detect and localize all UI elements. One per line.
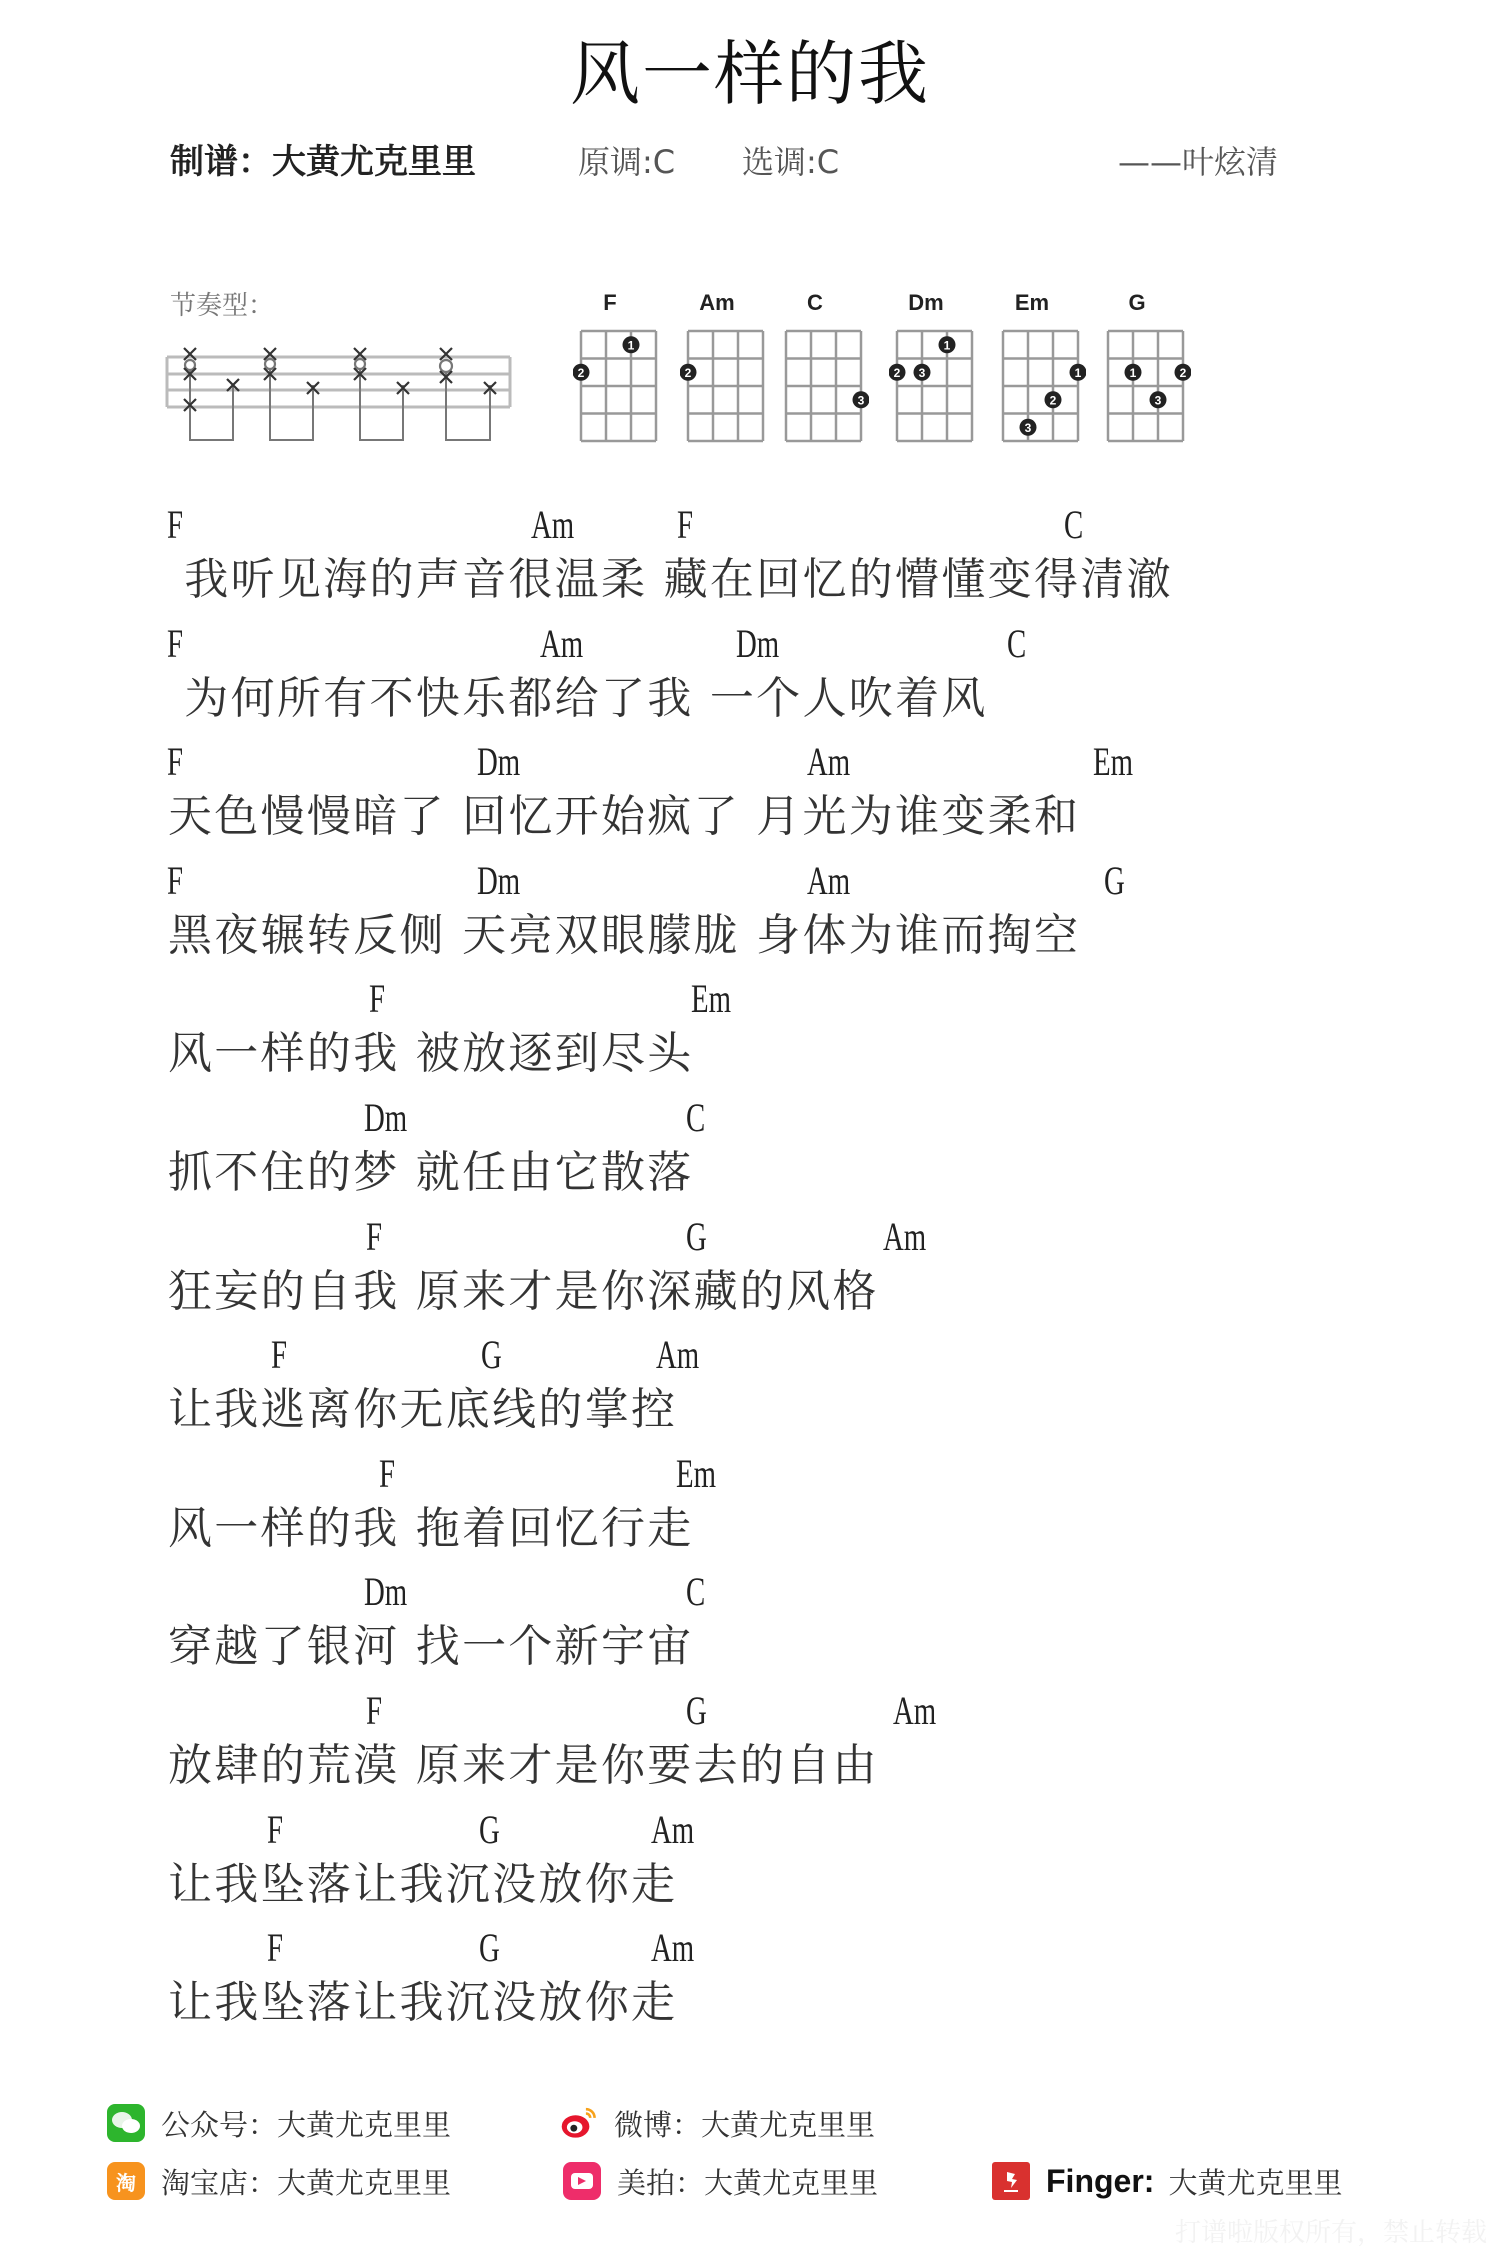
chord-label: G bbox=[1104, 859, 1125, 903]
lyric-line: 放肆的荒漠 原来才是你要去的自由 bbox=[168, 1739, 879, 1793]
chord-label: Am bbox=[651, 1926, 694, 1970]
chord-diagram-c: C3 bbox=[770, 292, 860, 442]
finger-account: 大黄尤克里里 bbox=[1168, 2161, 1342, 2202]
chord-diagram-name: Dm bbox=[881, 290, 971, 316]
svg-text:2: 2 bbox=[1050, 393, 1057, 407]
chord-diagram-name: Em bbox=[987, 290, 1077, 316]
chord-label: G bbox=[481, 1333, 502, 1377]
chord-label: Dm bbox=[364, 1096, 407, 1140]
chord-label: F bbox=[267, 1926, 283, 1970]
chord-diagram-g: G123 bbox=[1092, 292, 1182, 442]
chord-label: F bbox=[167, 859, 183, 903]
lyric-line: 风一样的我 拖着回忆行走 bbox=[168, 1502, 694, 1556]
finger-label: Finger: bbox=[1046, 2163, 1154, 2200]
svg-text:1: 1 bbox=[944, 338, 951, 352]
meipai-account: 美拍：大黄尤克里里 bbox=[617, 2161, 878, 2202]
chord-label: Am bbox=[807, 740, 850, 784]
chord-label: F bbox=[677, 503, 693, 547]
chord-label: F bbox=[271, 1333, 287, 1377]
chord-label: F bbox=[366, 1689, 382, 1733]
lyric-line: 让我逃离你无底线的掌控 bbox=[168, 1383, 677, 1437]
svg-text:2: 2 bbox=[1180, 366, 1187, 380]
finger-icon bbox=[992, 2162, 1030, 2200]
weibo-icon bbox=[560, 2104, 598, 2142]
chord-label: F bbox=[369, 977, 385, 1021]
lyric-line: 风一样的我 被放逐到尽头 bbox=[168, 1027, 694, 1081]
svg-text:1: 1 bbox=[1130, 366, 1137, 380]
wechat-account: 公众号：大黄尤克里里 bbox=[161, 2103, 451, 2144]
chord-diagram-name: C bbox=[770, 290, 860, 316]
lyric-line: 我听见海的声音很温柔 藏在回忆的懵懂变得清澈 bbox=[168, 553, 1173, 607]
chord-diagram-dm: Dm123 bbox=[881, 292, 971, 442]
song-title: 风一样的我 bbox=[0, 34, 1500, 114]
wechat-icon bbox=[107, 2104, 145, 2142]
lyric-line: 抓不住的梦 就任由它散落 bbox=[168, 1146, 694, 1200]
svg-text:2: 2 bbox=[894, 366, 901, 380]
chord-label: G bbox=[479, 1926, 500, 1970]
footer-meipai: 美拍：大黄尤克里里 bbox=[563, 2160, 878, 2202]
chord-label: Dm bbox=[364, 1570, 407, 1614]
lyric-line: 狂妄的自我 原来才是你深藏的风格 bbox=[168, 1265, 879, 1319]
svg-text:2: 2 bbox=[578, 366, 585, 380]
lyric-line: 穿越了银河 找一个新宇宙 bbox=[168, 1620, 694, 1674]
lyric-line: 为何所有不快乐都给了我 一个人吹着风 bbox=[168, 672, 988, 726]
lyric-line: 天色慢慢暗了 回忆开始疯了 月光为谁变柔和 bbox=[168, 790, 1080, 844]
chord-label: Em bbox=[1093, 740, 1133, 784]
rhythm-label: 节奏型： bbox=[170, 285, 274, 322]
lyric-line: 让我坠落让我沉没放你走 bbox=[168, 1858, 677, 1912]
taobao-account: 淘宝店：大黄尤克里里 bbox=[161, 2161, 451, 2202]
lyric-line: 让我坠落让我沉没放你走 bbox=[168, 1976, 677, 2030]
chord-label: F bbox=[167, 503, 183, 547]
taobao-icon: 淘 bbox=[107, 2162, 145, 2200]
chord-label: Am bbox=[807, 859, 850, 903]
chord-diagram-name: F bbox=[565, 290, 655, 316]
chord-diagram-name: Am bbox=[672, 290, 762, 316]
chord-label: Em bbox=[691, 977, 731, 1021]
chord-label: C bbox=[1064, 503, 1083, 547]
svg-text:2: 2 bbox=[685, 366, 692, 380]
chord-label: Am bbox=[531, 503, 574, 547]
weibo-account: 微博：大黄尤克里里 bbox=[614, 2103, 875, 2144]
chord-label: Am bbox=[651, 1808, 694, 1852]
chord-diagram-em: Em123 bbox=[987, 292, 1077, 442]
chord-label: F bbox=[167, 740, 183, 784]
chord-label: Dm bbox=[477, 859, 520, 903]
footer-taobao: 淘 淘宝店：大黄尤克里里 bbox=[107, 2160, 451, 2202]
chord-label: Am bbox=[883, 1215, 926, 1259]
chord-label: F bbox=[167, 622, 183, 666]
chord-label: Em bbox=[676, 1452, 716, 1496]
chord-label: Dm bbox=[736, 622, 779, 666]
footer-weibo: 微博：大黄尤克里里 bbox=[560, 2102, 875, 2144]
chord-label: Am bbox=[893, 1689, 936, 1733]
svg-text:3: 3 bbox=[858, 393, 865, 407]
chord-label: Am bbox=[656, 1333, 699, 1377]
artist-name: ——叶炫清 bbox=[1118, 140, 1278, 184]
strum-pattern-icon bbox=[160, 335, 520, 450]
svg-text:3: 3 bbox=[1025, 421, 1032, 435]
svg-text:3: 3 bbox=[1155, 393, 1162, 407]
svg-text:1: 1 bbox=[1075, 366, 1082, 380]
chord-diagram-name: G bbox=[1092, 290, 1182, 316]
chord-label: C bbox=[1007, 622, 1026, 666]
original-key: 原调:C bbox=[578, 140, 675, 184]
svg-text:3: 3 bbox=[919, 366, 926, 380]
chord-diagram-am: Am2 bbox=[672, 292, 762, 442]
copyright-watermark: 打谱啦版权所有，禁止转载 bbox=[1175, 2212, 1487, 2249]
chord-label: F bbox=[267, 1808, 283, 1852]
chord-diagram-f: F12 bbox=[565, 292, 655, 442]
lyric-line: 黑夜辗转反侧 天亮双眼朦胧 身体为谁而掏空 bbox=[168, 909, 1080, 963]
chord-label: Am bbox=[540, 622, 583, 666]
selected-key: 选调:C bbox=[742, 140, 839, 184]
chord-label: G bbox=[686, 1689, 707, 1733]
chord-label: F bbox=[379, 1452, 395, 1496]
footer-wechat: 公众号：大黄尤克里里 bbox=[107, 2102, 451, 2144]
footer-finger: Finger: 大黄尤克里里 bbox=[992, 2160, 1342, 2202]
chord-label: C bbox=[686, 1096, 705, 1140]
svg-text:1: 1 bbox=[628, 338, 635, 352]
chord-label: G bbox=[479, 1808, 500, 1852]
chord-label: C bbox=[686, 1570, 705, 1614]
chord-label: Dm bbox=[477, 740, 520, 784]
rhythm-pattern bbox=[160, 335, 520, 450]
chord-label: G bbox=[686, 1215, 707, 1259]
chord-label: F bbox=[366, 1215, 382, 1259]
arranger-credit: 制谱：大黄尤克里里 bbox=[170, 140, 476, 184]
meipai-icon bbox=[563, 2162, 601, 2200]
